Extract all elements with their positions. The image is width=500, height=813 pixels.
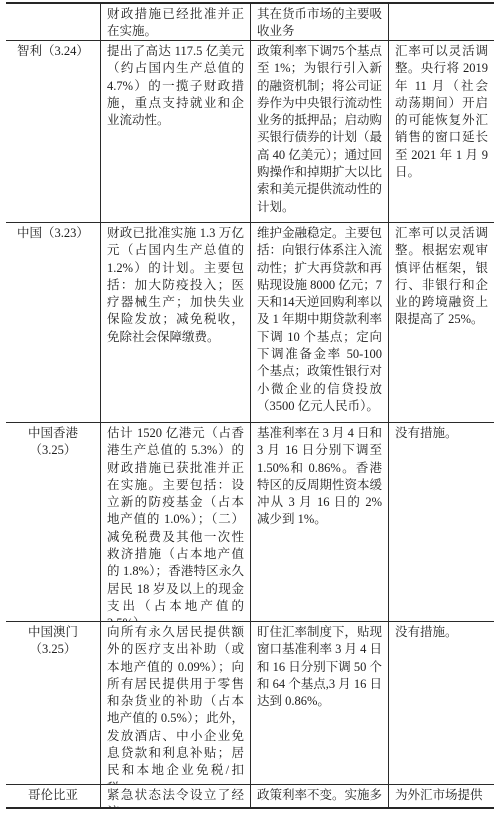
country-cell: 哥伦比亚 (6, 785, 100, 808)
exchange-rate-policy-cell: 汇率可以灵活调整。央行将 2019 年 11 月（社会动荡期间）开启的可能恢复外… (388, 41, 494, 222)
exchange-rate-policy-cell: 为外汇市场提供 (388, 785, 494, 808)
exchange-rate-policy-cell: 没有措施。 (388, 622, 494, 784)
exchange-rate-policy-cell: 汇率可以灵活调整。根据宏观审慎评估框架，银行、非银行和企业的跨境融资上限提高了 … (388, 223, 494, 422)
exchange-rate-policy-cell (388, 4, 494, 40)
country-cell: 中国澳门（3.25） (6, 622, 100, 784)
fiscal-policy-cell: 提出了高达 117.5 亿美元（约占国内生产总值的 4.7%）的一揽子财政措施，… (100, 41, 250, 222)
monetary-policy-cell: 基准利率在 3 月 4 日和 3 月 16 日分别下调至 1.50%和 0.86… (250, 423, 388, 621)
table-row: 哥伦比亚 紧急状态法令设立了经济 政策利率不变。实施多 为外汇市场提供 (6, 785, 494, 808)
country-cell: 中国香港（3.25） (6, 423, 100, 621)
monetary-policy-cell: 政策利率下调75个基点至 1%；为银行引入新的融资机制；将公司证券作为中央银行流… (250, 41, 388, 222)
fiscal-policy-cell: 向所有永久居民提供额外的医疗支出补助（或本地产值的 0.09%）；向所有居民提供… (100, 622, 250, 784)
monetary-policy-cell: 盯住汇率制度下，贴现窗口基准利率 3 月 4 日和 16 日分别下调 50 个和… (250, 622, 388, 784)
monetary-policy-cell: 其在货币市场的主要吸收业务 (250, 4, 388, 40)
fiscal-policy-cell: 财政措施已经批准并正在实施。 (100, 4, 250, 40)
country-cell: 智利（3.24） (6, 41, 100, 222)
page-bottom-rule (6, 807, 494, 809)
table-row: 智利（3.24） 提出了高达 117.5 亿美元（约占国内生产总值的 4.7%）… (6, 41, 494, 223)
table-row: 中国（3.23） 财政已批准实施 1.3 万亿元（占国内生产总值的 1.2%）的… (6, 223, 494, 423)
fiscal-policy-cell: 估计 1520 亿港元（占香港生产总值的 5.3%）的财政措施已获批准并正在实施… (100, 423, 250, 621)
country-cell (6, 4, 100, 40)
monetary-policy-cell: 维护金融稳定。主要包括：向银行体系注入流动性；扩大再贷款和再贴现设施 8000 … (250, 223, 388, 422)
monetary-policy-cell: 政策利率不变。实施多 (250, 785, 388, 808)
table-row: 中国香港（3.25） 估计 1520 亿港元（占香港生产总值的 5.3%）的财政… (6, 423, 494, 622)
table-row: 中国澳门（3.25） 向所有永久居民提供额外的医疗支出补助（或本地产值的 0.0… (6, 622, 494, 785)
table-row: 财政措施已经批准并正在实施。 其在货币市场的主要吸收业务 (6, 4, 494, 41)
fiscal-policy-cell: 财政已批准实施 1.3 万亿元（占国内生产总值的 1.2%）的计划。主要包括：加… (100, 223, 250, 422)
exchange-rate-policy-cell: 没有措施。 (388, 423, 494, 621)
fiscal-policy-cell: 紧急状态法令设立了经济 (100, 785, 250, 808)
policy-comparison-table: 财政措施已经批准并正在实施。 其在货币市场的主要吸收业务 智利（3.24） 提出… (6, 2, 494, 808)
document-page: 财政措施已经批准并正在实施。 其在货币市场的主要吸收业务 智利（3.24） 提出… (0, 0, 500, 813)
country-cell: 中国（3.23） (6, 223, 100, 422)
